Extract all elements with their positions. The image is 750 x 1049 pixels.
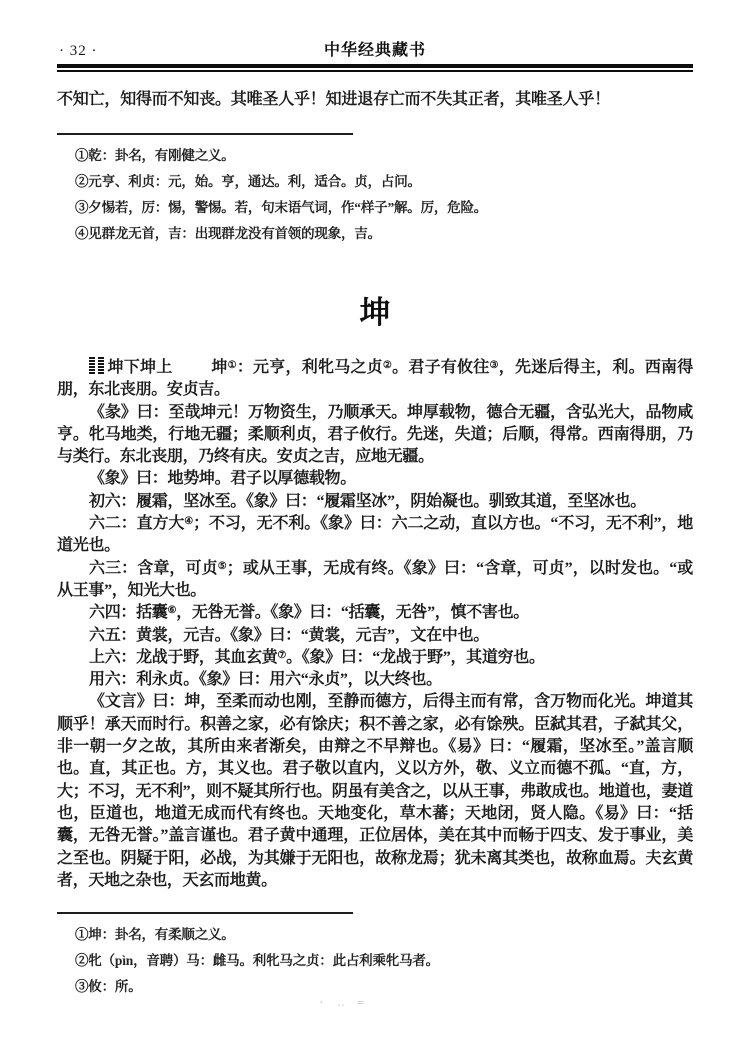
- body-paragraph-opening: 坤下坤上坤①：元亨，利牝马之贞②。君子有攸往③，先迷后得主，利。西南得朋，东北丧…: [57, 357, 693, 402]
- body-paragraph: 六三：含章，可贞⑤；或从王事，无成有终。《象》曰：“含章，可贞”，以时发也。“或…: [57, 558, 693, 603]
- book-page: · 32 · 中华经典藏书 不知亡，知得而不知丧。其唯圣人乎！知进退存亡而不失其…: [0, 0, 750, 1049]
- footnote-item: ②牝（pìn，音聘）马：雌马。利牝马之贞：此占利乘牝马者。: [57, 948, 693, 974]
- hexagram-kun-icon: [89, 357, 104, 374]
- body-paragraph: 用六：利永贞。《象》曰：用六“永贞”，以大终也。: [57, 669, 693, 691]
- body-paragraph: 初六：履霜，坚冰至。《象》曰：“履霜坚冰”，阴始凝也。驯致其道，至坚冰也。: [57, 491, 693, 513]
- body-paragraph: 六五：黄裳，元吉。《象》曰：“黄裳，元吉”，文在中也。: [57, 625, 693, 647]
- footnote-item: ①坤：卦名，有柔顺之义。: [57, 922, 693, 948]
- scan-artifact: · ‥ =: [318, 996, 367, 1009]
- chapter-body: 坤下坤上坤①：元亨，利牝马之贞②。君子有攸往③，先迷后得主，利。西南得朋，东北丧…: [57, 357, 693, 892]
- page-number: · 32 ·: [59, 43, 98, 60]
- body-paragraph: 六二：直方大④；不习，无不利。《象》曰：六二之动，直以方也。“不习，无不利”，地…: [57, 513, 693, 558]
- continuation-paragraph: 不知亡，知得而不知丧。其唯圣人乎！知进退存亡而不失其正者，其唯圣人乎！: [57, 89, 693, 111]
- hexagram-label: 坤下坤上: [107, 359, 172, 376]
- top-footnotes: ①乾：卦名，有刚健之义。 ②元亨、利贞：元，始。亨，通达。利，适合。贞，占问。 …: [57, 133, 693, 247]
- footnote-item: ③夕惕若，厉：惕，警惕。若，句末语气词，作“样子”解。厉，危险。: [57, 195, 693, 221]
- footnote-separator: [57, 133, 353, 135]
- page-header: · 32 · 中华经典藏书: [57, 36, 693, 62]
- body-paragraph: 《文言》曰：坤，至柔而动也刚，至静而德方，后得主而有常，含万物而化光。坤道其顺乎…: [57, 691, 693, 892]
- footnote-item: ③攸：所。: [57, 974, 693, 1000]
- footnote-item: ②元亨、利贞：元，始。亨，通达。利，适合。贞，占问。: [57, 169, 693, 195]
- body-paragraph: 六四：括囊⑥，无咎无誉。《象》曰：“括囊，无咎”，慎不害也。: [57, 602, 693, 624]
- header-double-rule: [57, 64, 693, 72]
- book-title: 中华经典藏书: [324, 37, 426, 60]
- body-paragraph: 上六：龙战于野，其血玄黄⑦。《象》曰：“龙战于野”，其道穷也。: [57, 647, 693, 669]
- bottom-footnotes: ①坤：卦名，有柔顺之义。 ②牝（pìn，音聘）马：雌马。利牝马之贞：此占利乘牝马…: [57, 912, 693, 1000]
- chapter-title: 坤: [57, 293, 693, 333]
- footnote-item: ①乾：卦名，有刚健之义。: [57, 143, 693, 169]
- footnote-separator: [57, 912, 353, 914]
- footnote-item: ④见群龙无首，吉：出现群龙没有首领的现象，吉。: [57, 221, 693, 247]
- body-paragraph: 《象》曰：地势坤。君子以厚德载物。: [57, 468, 693, 490]
- body-paragraph: 《彖》曰：至哉坤元！万物资生，乃顺承天。坤厚载物，德合无疆，含弘光大，品物咸亨。…: [57, 402, 693, 469]
